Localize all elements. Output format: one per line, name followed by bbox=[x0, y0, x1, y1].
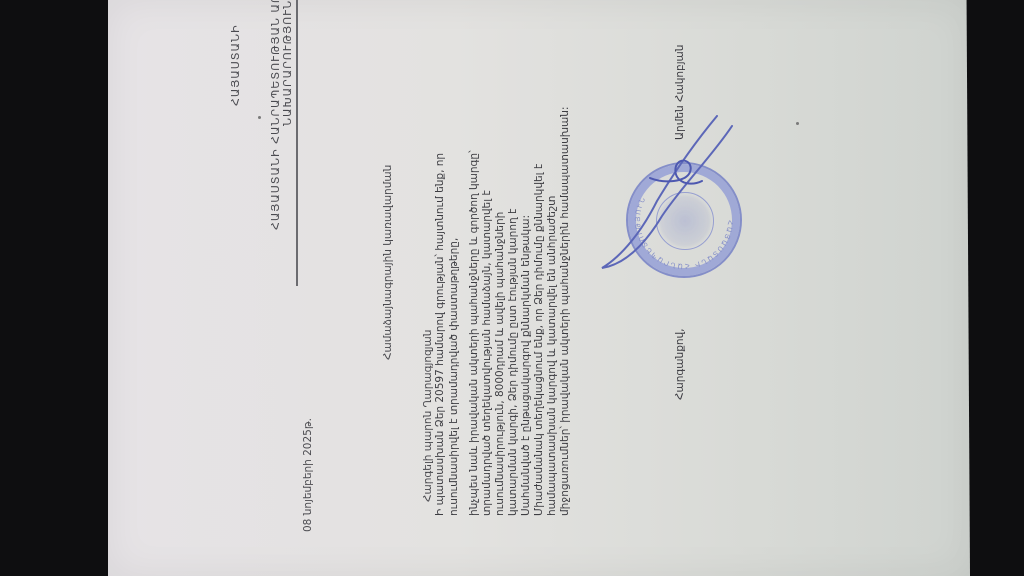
body-line: կատարման կարգի, Ձեր դիմումը ըստ էության … bbox=[507, 209, 520, 516]
paper-sheet: ՀԱՅԱՍՏԱՆԻ ՀԱՆՐԱՊԵՏՈՒԹՅԱՆ ԱՐԴԱՐԱԴԱՏՈՒԹՅԱՆ… bbox=[108, 0, 970, 576]
closing-regards: Հարգանքով, bbox=[674, 328, 686, 400]
body-line: համապատասխան կարգով և կատարվել են անհրաժ… bbox=[546, 196, 559, 516]
paper-speck bbox=[796, 122, 799, 125]
body-line: ուսումնասիրություն, 8000դրամ և ավելի պահ… bbox=[494, 212, 507, 516]
body-line: տրամադրված տեղեկատվության համաձայն, կատա… bbox=[481, 190, 494, 516]
salutation: Հարգելի պարոն Ղարագյոզյան bbox=[422, 330, 434, 502]
page-content-upside-down: ՀԱՅԱՍՏԱՆԻ ՀԱՆՐԱՊԵՏՈՒԹՅԱՆ ԱՐԴԱՐԱԴԱՏՈՒԹՅԱՆ… bbox=[108, 0, 970, 576]
body-line: ինչպես նաև իրավական ակտերի պահանջները և … bbox=[468, 150, 481, 516]
org-header-line-2: ՆԱԽԱՐԱՐՈՒԹՅՈՒՆ bbox=[282, 0, 294, 126]
body-line: Ի պատասխան Ձեր 20597 համարով գրության՝ հ… bbox=[434, 153, 447, 516]
body-line: Սահմանված է ընթացակարգով քննարկման ենթակ… bbox=[520, 215, 533, 516]
signer-name: Արմեն Հակոբյան bbox=[674, 45, 686, 140]
body-line: միջոցառումներ՝ իրավական ակտերի պահանջներ… bbox=[559, 107, 572, 516]
header-divider bbox=[296, 0, 298, 286]
body-line: ուսումնասիրվել է տրամադրված փաստաթղթերը, bbox=[448, 238, 461, 516]
body-line: Միաժամանակ տեղեկացնում ենք, որ Ձեր դիմու… bbox=[533, 164, 546, 516]
addressee-line: Համաձայնագրային կառավարման bbox=[382, 165, 394, 360]
signature bbox=[592, 106, 742, 276]
org-sub-line: ՀԱՅԱՍՏԱՆԻ bbox=[230, 24, 242, 106]
paper-speck bbox=[258, 116, 261, 119]
document-date: 08 նոյեմբերի 2025թ. bbox=[302, 418, 314, 532]
